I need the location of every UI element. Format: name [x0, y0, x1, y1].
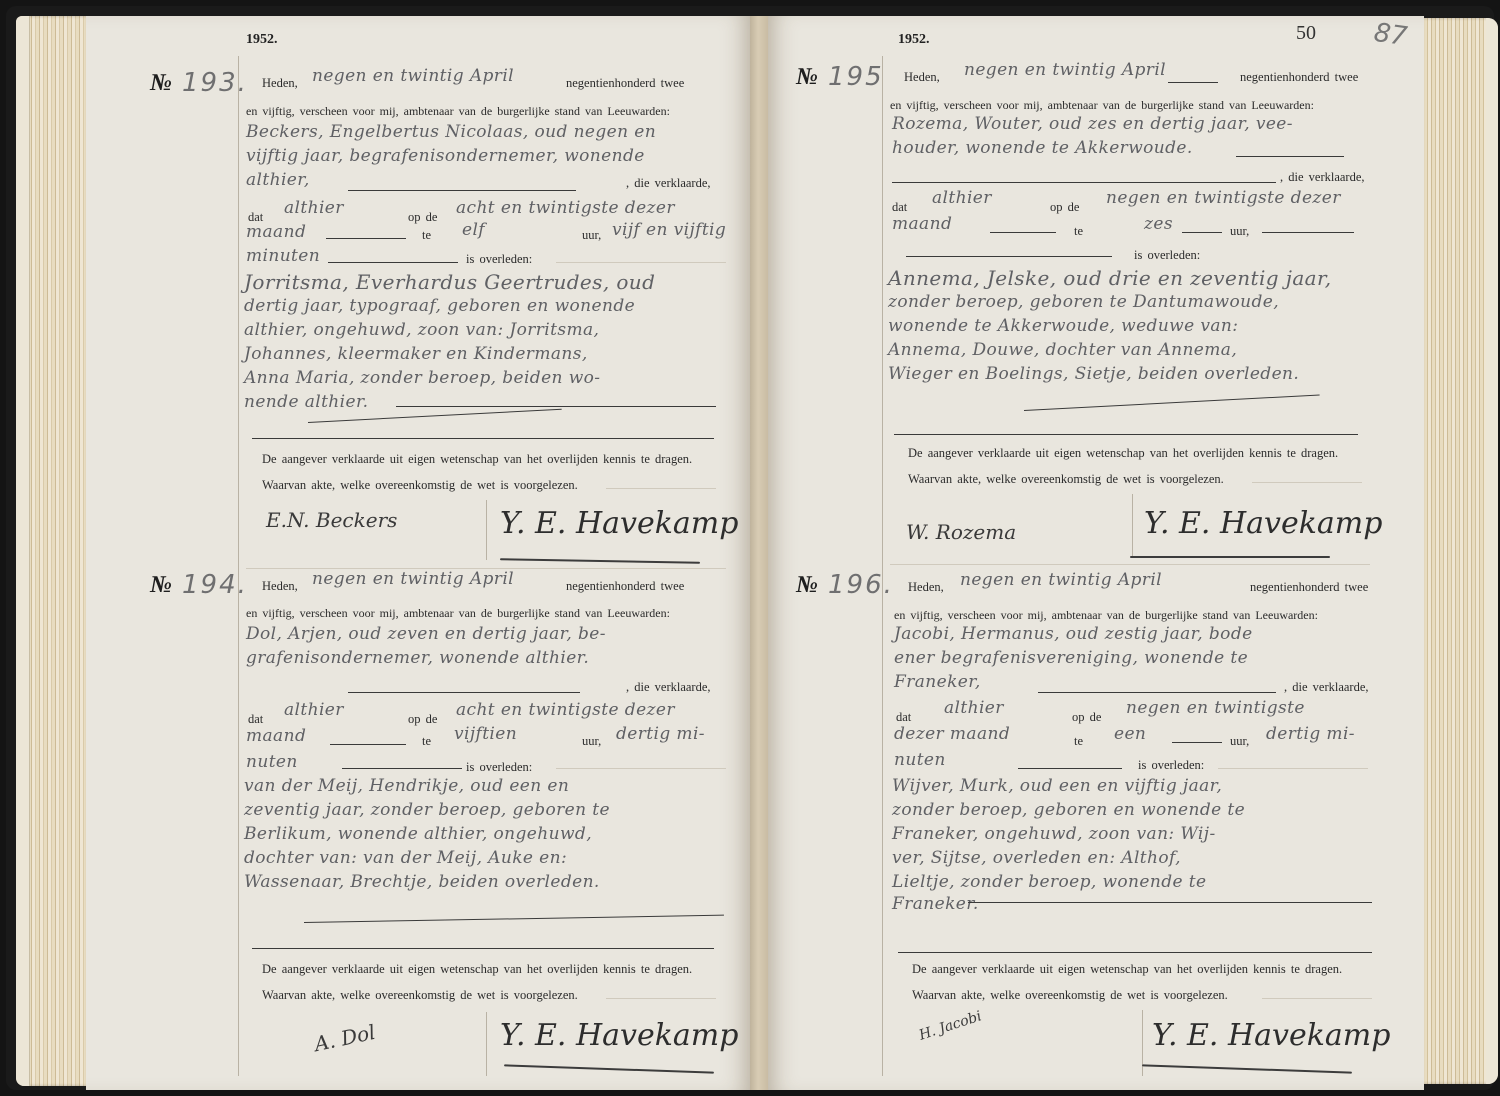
deceased-line-3: Franeker, ongehuwd, zoon van: Wij-	[892, 824, 1216, 844]
printed-year-words: negentienhonderd twee	[1250, 580, 1368, 595]
closing-read-aloud: Waarvan akte, welke overeenkomstig de we…	[262, 988, 578, 1003]
record-number: 194.	[182, 570, 248, 600]
handwritten-hour: vijftien	[454, 724, 517, 744]
handwritten-day: negen en twintigste	[1126, 698, 1305, 718]
handwritten-day: acht en twintigste dezer	[456, 700, 675, 720]
handwritten-minutes-1: dertig mi-	[616, 724, 705, 744]
printed-die-verklaarde: , die verklaarde,	[626, 680, 711, 695]
deceased-line-2: zonder beroep, geboren en wonende te	[892, 800, 1245, 820]
printed-uur: uur,	[1230, 734, 1249, 749]
signature-divider	[486, 1012, 487, 1076]
left-cover-board	[16, 16, 30, 1086]
number-label: №	[150, 572, 172, 599]
faint-rule	[1262, 998, 1372, 999]
blank-rule	[342, 768, 462, 769]
register-book: 1952. № 193. Heden, negen en twintig Apr…	[6, 6, 1494, 1090]
deceased-line-5: Wassenaar, Brechtje, beiden overleden.	[244, 872, 600, 892]
handwritten-hour: een	[1114, 724, 1146, 744]
closing-rule	[898, 952, 1372, 953]
diagonal-closing-rule	[304, 915, 724, 923]
death-record-196: № 196. Heden, negen en twintig April neg…	[768, 16, 1424, 1090]
printed-is-overleden: is overleden:	[466, 760, 532, 775]
deceased-line-2: zeventig jaar, zonder beroep, geboren te	[244, 800, 610, 820]
blank-rule	[1172, 742, 1222, 743]
deceased-line-5: Lieltje, zonder beroep, wonende te	[892, 872, 1206, 892]
printed-line2: en vijftig, verscheen voor mij, ambtenaa…	[246, 606, 670, 621]
handwritten-month: dezer maand	[894, 724, 1010, 744]
left-page: 1952. № 193. Heden, negen en twintig Apr…	[86, 16, 750, 1090]
printed-is-overleden: is overleden:	[1138, 758, 1204, 773]
book-gutter	[750, 16, 768, 1090]
printed-uur: uur,	[582, 734, 601, 749]
faint-rule	[1218, 768, 1368, 769]
right-cover-board	[1486, 18, 1498, 1084]
signature-flourish	[1142, 1064, 1352, 1073]
printed-line2: en vijftig, verscheen voor mij, ambtenaa…	[894, 608, 1318, 623]
blank-rule	[348, 692, 580, 693]
deceased-line-4: dochter van: van der Meij, Auke en:	[244, 848, 567, 868]
blank-rule	[1038, 692, 1276, 693]
closing-statement: De aangever verklaarde uit eigen wetensc…	[262, 962, 692, 977]
handwritten-minutes-2: nuten	[246, 752, 298, 772]
deceased-line-3: Berlikum, wonende althier, ongehuwd,	[244, 824, 592, 844]
closing-rule	[252, 948, 714, 949]
handwritten-date: negen en twintig April	[312, 569, 514, 589]
printed-te: te	[422, 734, 431, 749]
closing-read-aloud: Waarvan akte, welke overeenkomstig de we…	[912, 988, 1228, 1003]
signature-flourish	[504, 1064, 714, 1073]
printed-heden: Heden,	[262, 579, 298, 594]
right-page: 1952. 50 87 № 195 Heden, negen en twinti…	[768, 16, 1424, 1090]
declarant-line-2: grafenisondernemer, wonende althier.	[246, 648, 589, 668]
handwritten-minutes-2: nuten	[894, 750, 946, 770]
number-label: №	[796, 572, 818, 599]
faint-rule	[606, 998, 716, 999]
closing-rule	[968, 902, 1372, 903]
declarant-line-3: Franeker,	[894, 672, 981, 692]
printed-heden: Heden,	[908, 580, 944, 595]
deceased-line-4: ver, Sijtse, overleden en: Althof,	[892, 848, 1181, 868]
declarant-line-2: ener begrafenisvereniging, wonende te	[894, 648, 1248, 668]
blank-rule	[1018, 768, 1122, 769]
printed-die-verklaarde: , die verklaarde,	[1284, 680, 1369, 695]
official-signature: Y. E. Havekamp	[500, 1018, 738, 1053]
declarant-line-1: Jacobi, Hermanus, oud zestig jaar, bode	[894, 624, 1253, 644]
declarant-signature: A. Dol	[312, 1020, 377, 1056]
blank-rule	[330, 744, 406, 745]
handwritten-place: althier	[284, 700, 344, 720]
death-record-194: № 194. Heden, negen en twintig April neg…	[86, 16, 750, 1090]
printed-op-de: op de	[408, 712, 437, 727]
deceased-line-1: Wijver, Murk, oud een en vijftig jaar,	[892, 776, 1222, 796]
deceased-line-1: van der Meij, Hendrikje, oud een en	[244, 776, 569, 796]
closing-statement: De aangever verklaarde uit eigen wetensc…	[912, 962, 1342, 977]
printed-dat: dat	[248, 712, 263, 727]
handwritten-place: althier	[944, 698, 1004, 718]
right-page-edges	[1424, 18, 1498, 1084]
handwritten-minutes-1: dertig mi-	[1266, 724, 1355, 744]
left-page-edges	[16, 16, 86, 1086]
printed-te: te	[1074, 734, 1083, 749]
faint-rule	[556, 768, 726, 769]
record-number: 196.	[828, 570, 894, 600]
printed-op-de: op de	[1072, 710, 1101, 725]
official-signature: Y. E. Havekamp	[1152, 1018, 1390, 1053]
handwritten-month: maand	[246, 726, 306, 746]
declarant-line-1: Dol, Arjen, oud zeven en dertig jaar, be…	[246, 624, 606, 644]
deceased-line-6: Franeker.	[892, 894, 979, 914]
printed-year-words: negentienhonderd twee	[566, 579, 684, 594]
declarant-signature: H. Jacobi	[917, 1008, 984, 1043]
handwritten-date: negen en twintig April	[960, 570, 1162, 590]
printed-dat: dat	[896, 710, 911, 725]
